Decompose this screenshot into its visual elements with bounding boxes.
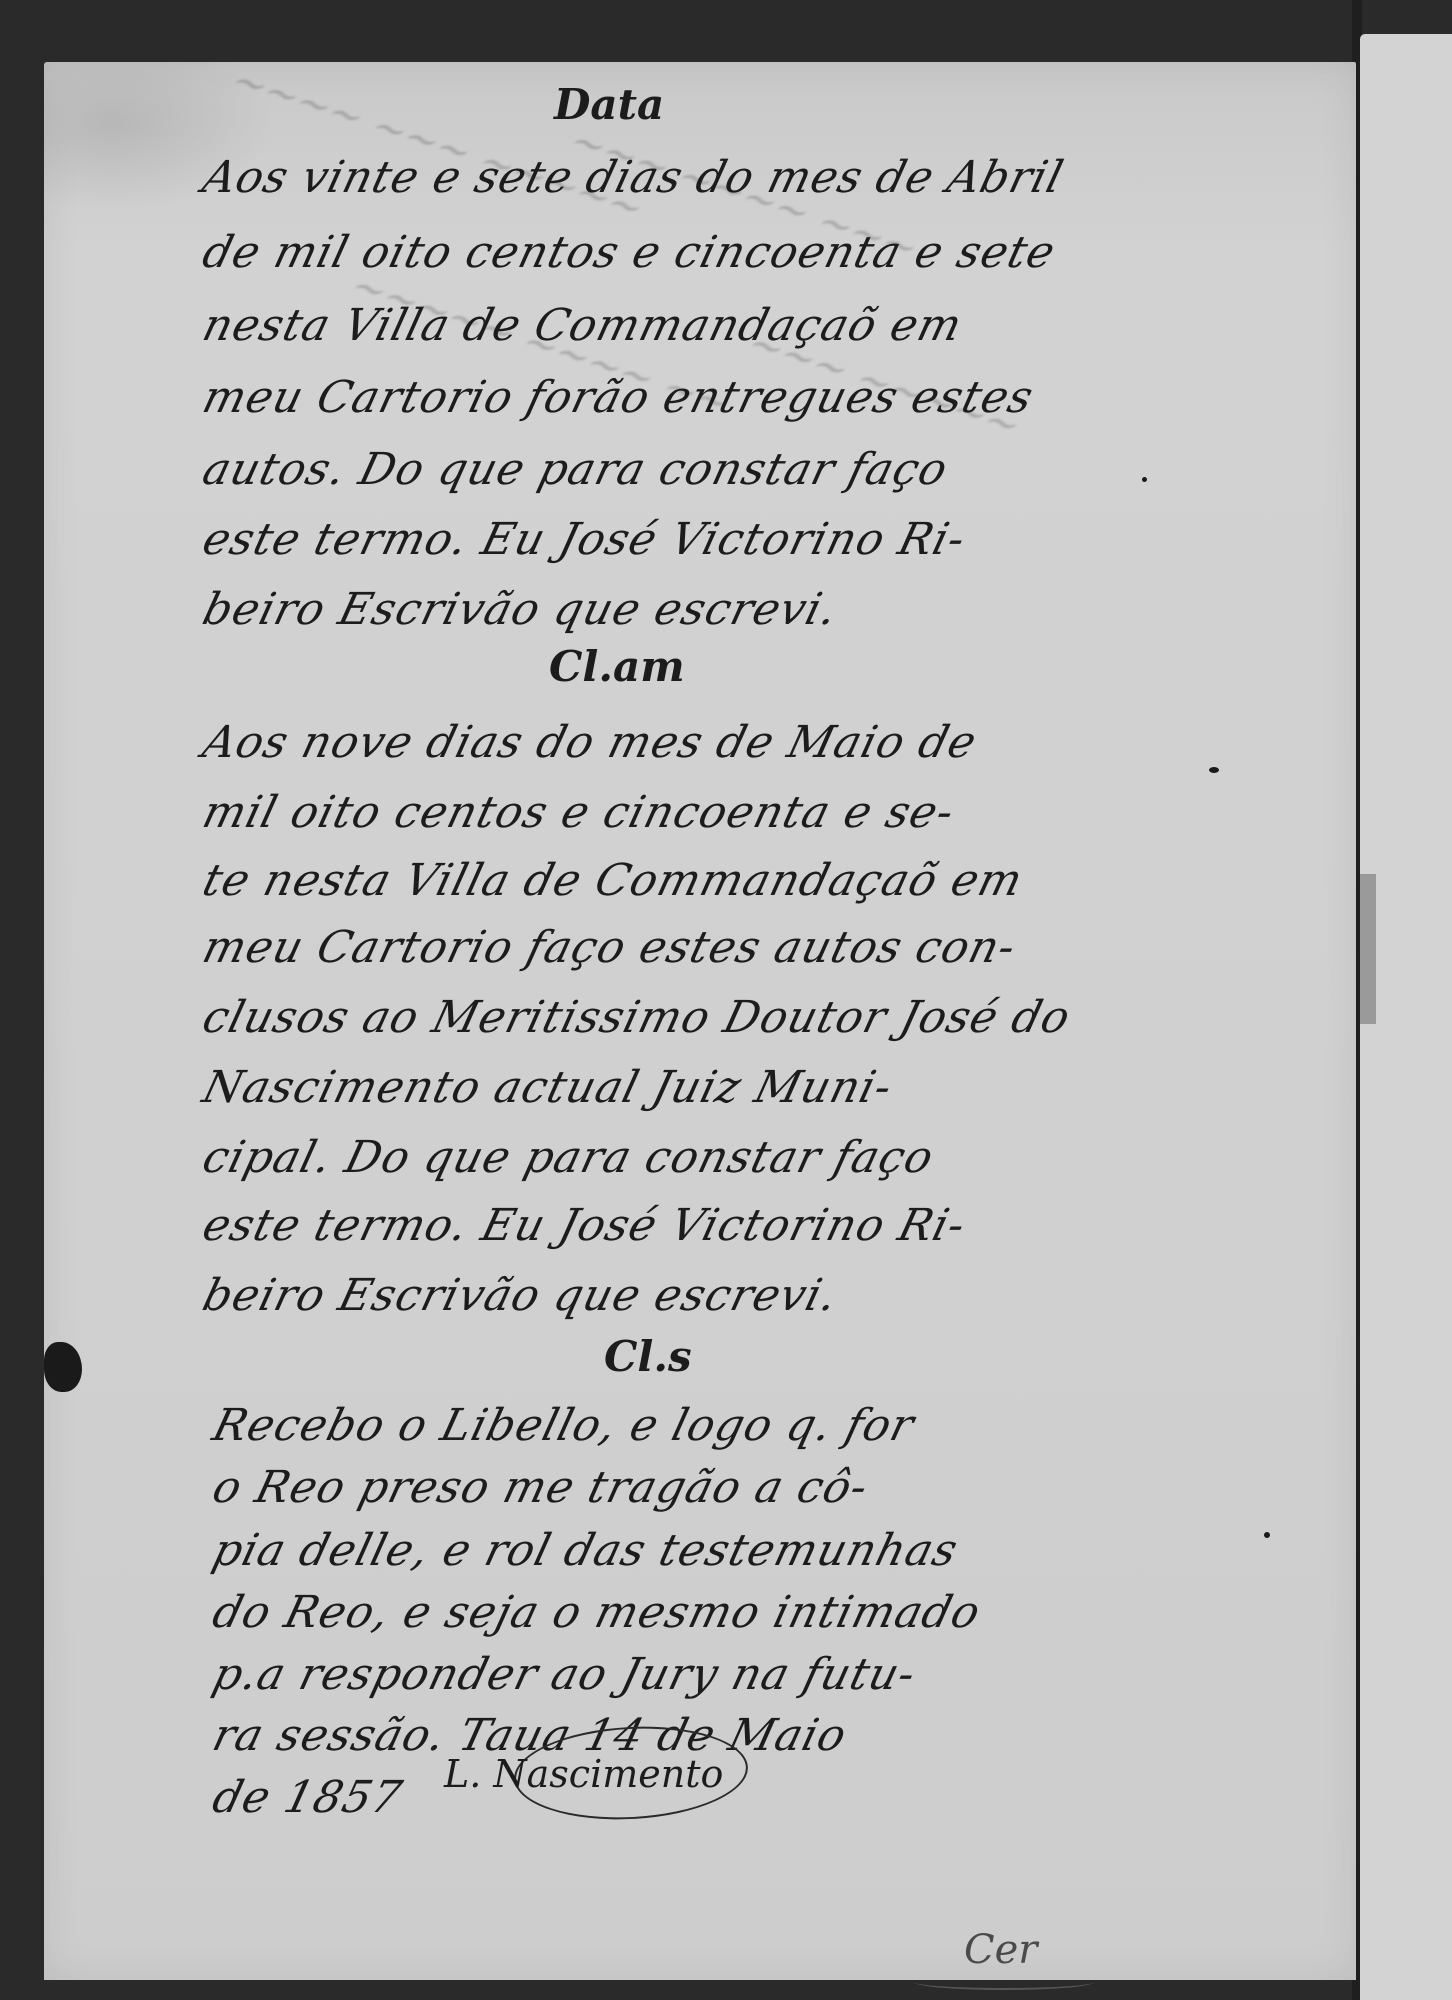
text-line: mil oito centos e cincoenta e se- bbox=[198, 787, 960, 838]
page-tab-strip bbox=[1360, 874, 1376, 1024]
ink-speck bbox=[1264, 1532, 1270, 1538]
text-line: o Reo preso me tragão a cô- bbox=[208, 1462, 874, 1513]
text-line: te nesta Villa de Commandaçaõ em bbox=[198, 855, 1029, 906]
ink-blot bbox=[44, 1342, 82, 1392]
text-line: de 1857 bbox=[208, 1772, 408, 1823]
text-line: nesta Villa de Commandaçaõ em bbox=[198, 300, 968, 351]
text-line: meu Cartorio forão entregues estes bbox=[198, 372, 1039, 423]
ink-speck bbox=[1142, 477, 1147, 482]
text-line: pia delle, e rol das testemunhas bbox=[208, 1525, 964, 1576]
closing-mark: Cl.am bbox=[549, 642, 685, 691]
text-line: Recebo o Libello, e logo q. for bbox=[208, 1400, 920, 1451]
text-line: beiro Escrivão que escrevi. bbox=[198, 584, 843, 635]
text-line: meu Cartorio faço estes autos con- bbox=[198, 922, 1022, 973]
text-line: clusos ao Meritissimo Doutor José do bbox=[198, 992, 1076, 1043]
ink-speck bbox=[1209, 767, 1219, 773]
text-line: p.a responder ao Jury na futu- bbox=[208, 1649, 922, 1700]
section-heading: Data bbox=[554, 80, 664, 129]
text-line: beiro Escrivão que escrevi. bbox=[198, 1270, 843, 1321]
manuscript-page: ~~~~ ~~~ ~~~~~ ~~~ ~~~~ ~~~ ~~~~~ ~~~~ ~… bbox=[44, 62, 1356, 1980]
text-line: Aos nove dias do mes de Maio de bbox=[198, 717, 982, 768]
adjacent-page-edge bbox=[1360, 34, 1452, 2000]
signature: L. Nascimento bbox=[444, 1752, 723, 1796]
text-line: do Reo, e seja o mesmo intimado bbox=[208, 1587, 986, 1638]
closing-mark: Cl.s bbox=[604, 1332, 692, 1381]
text-line: de mil oito centos e cincoenta e sete bbox=[198, 227, 1061, 278]
margin-annotation: Cer bbox=[964, 1927, 1037, 1973]
text-line: Nascimento actual Juiz Muni- bbox=[198, 1062, 898, 1113]
text-line: este termo. Eu José Victorino Ri- bbox=[198, 514, 971, 565]
text-body: Data Aos vinte e sete dias do mes de Abr… bbox=[44, 62, 1356, 1980]
text-line: este termo. Eu José Victorino Ri- bbox=[198, 1200, 971, 1251]
text-line: cipal. Do que para constar faço bbox=[198, 1132, 939, 1183]
text-line: autos. Do que para constar faço bbox=[198, 444, 954, 495]
annotation-underline bbox=[914, 1974, 1094, 1990]
text-line: Aos vinte e sete dias do mes de Abril bbox=[198, 152, 1069, 203]
